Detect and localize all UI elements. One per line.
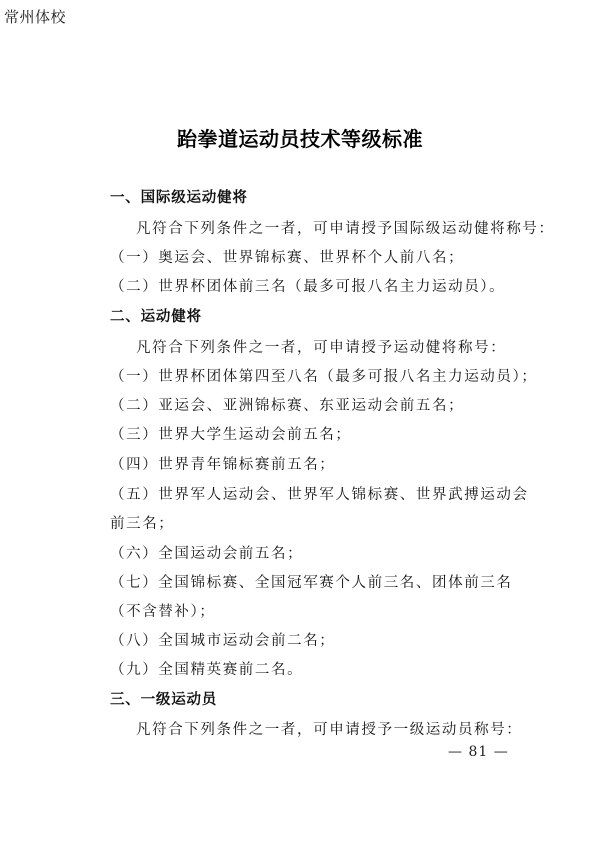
- document-title: 跆拳道运动员技术等级标准: [0, 123, 600, 152]
- list-item: （二）世界杯团体前三名（最多可报八名主力运动员）。: [110, 275, 505, 296]
- paragraph-line: 凡符合下列条件之一者，可申请授予运动健将称号：: [136, 336, 506, 357]
- list-item: （四）世界青年锦标赛前五名；: [110, 453, 335, 474]
- section-heading-master: 二、运动健将: [110, 305, 202, 326]
- page-number: — 81 —: [448, 744, 509, 760]
- list-item: （六）全国运动会前五名；: [110, 542, 303, 563]
- list-item-continuation: （不含替补）；: [110, 600, 215, 621]
- list-item: （二）亚运会、亚洲锦标赛、东亚运动会前五名；: [110, 394, 464, 415]
- list-item: （九）全国精英赛前二名。: [110, 658, 303, 679]
- list-item: （一）奥运会、世界锦标赛、世界杯个人前八名；: [110, 246, 464, 267]
- list-item: （五）世界军人运动会、世界军人锦标赛、世界武搏运动会: [110, 483, 529, 504]
- list-item: （一）世界杯团体第四至八名（最多可报八名主力运动员）；: [110, 365, 537, 386]
- list-item-continuation: 前三名；: [110, 512, 174, 533]
- watermark-label: 常州体校: [4, 6, 66, 27]
- paragraph-line: 凡符合下列条件之一者，可申请授予国际级运动健将称号：: [136, 217, 555, 238]
- section-heading-international-master: 一、国际级运动健将: [110, 186, 248, 207]
- paragraph-line: 凡符合下列条件之一者，可申请授予一级运动员称号：: [136, 718, 522, 739]
- list-item: （七）全国锦标赛、全国冠军赛个人前三名、团体前三名: [110, 571, 513, 592]
- list-item: （八）全国城市运动会前二名；: [110, 629, 335, 650]
- list-item: （三）世界大学生运动会前五名；: [110, 423, 352, 444]
- section-heading-first-class: 三、一级运动员: [110, 688, 217, 709]
